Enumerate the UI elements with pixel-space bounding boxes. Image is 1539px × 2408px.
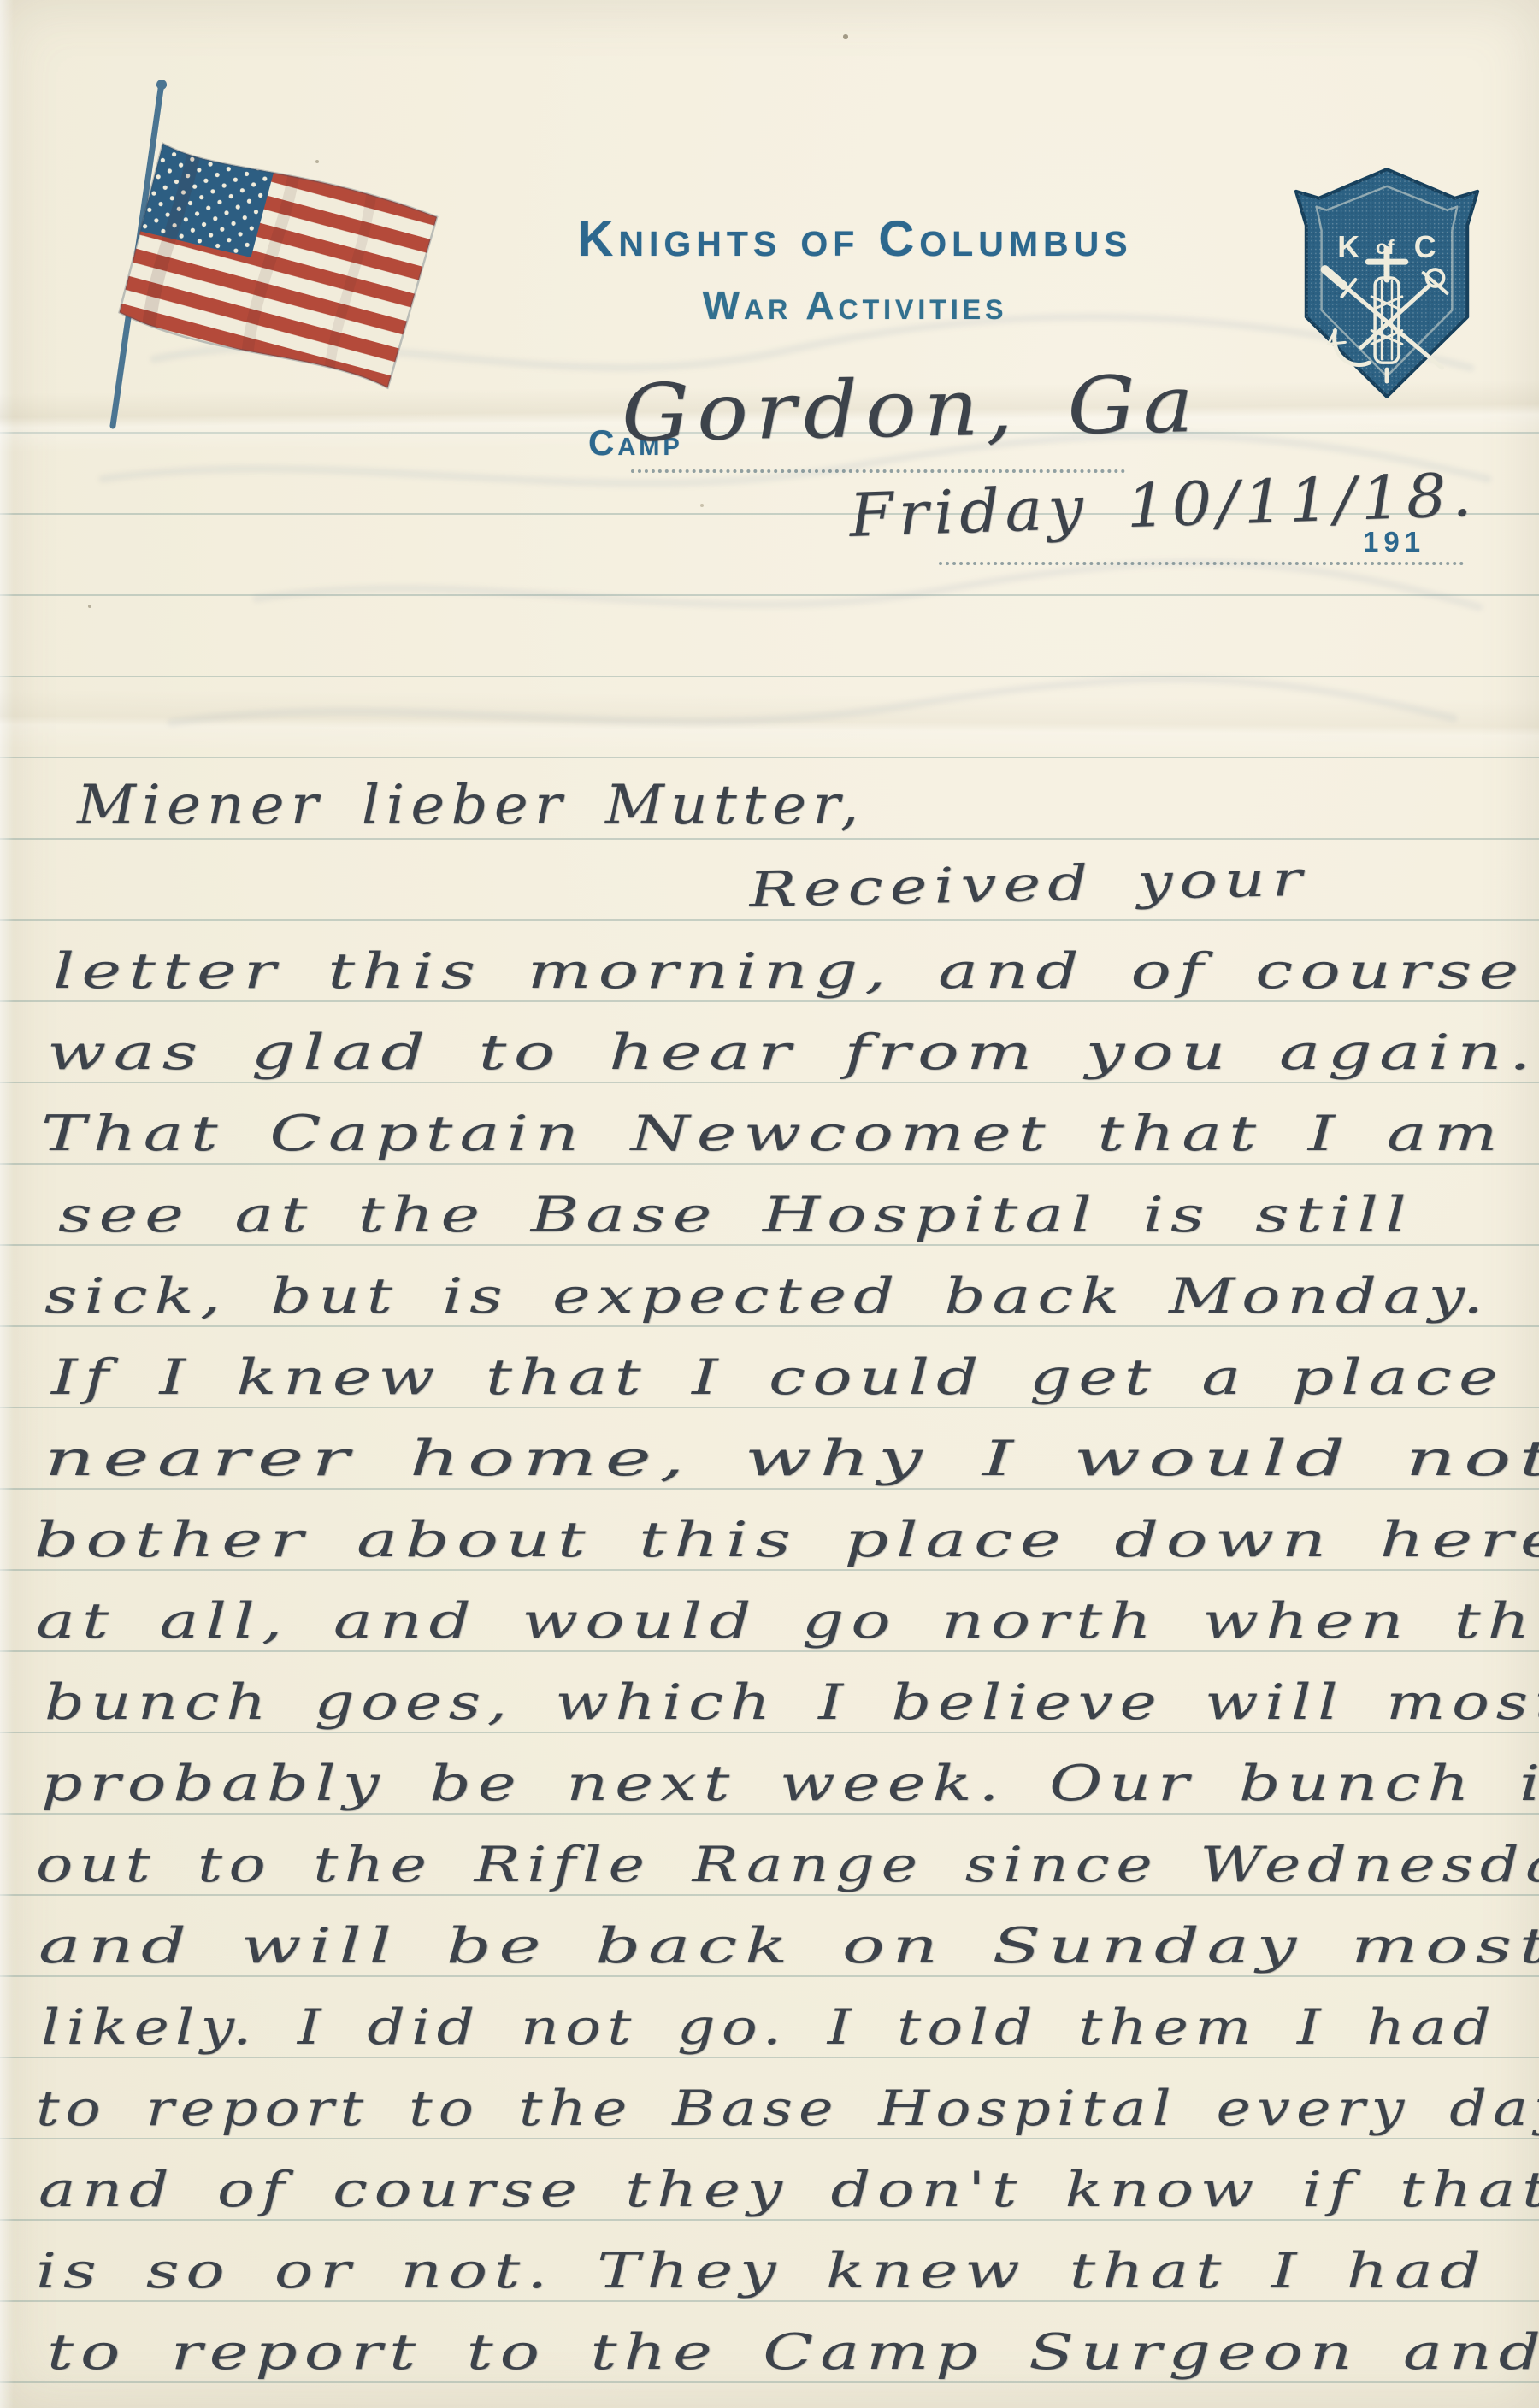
letter-line: letter this morning, and of course [53, 943, 1525, 1000]
letter-line: If I knew that I could get a place [51, 1349, 1505, 1406]
letter-line: to report to the Base Hospital every day [36, 2080, 1539, 2137]
letter-line: at all, and would go north when the [36, 1593, 1539, 1650]
letter-line: Received your [748, 851, 1310, 918]
letter-scan-page: K of C Knights of Columbus War Activ [0, 0, 1539, 2408]
letter-line: probably be next week. Our bunch is [41, 1756, 1539, 1812]
date-dotted-rule [939, 562, 1464, 565]
letter-line: to report to the Camp Surgeon and [47, 2324, 1539, 2381]
letter-line: nearer home, why I would not [44, 1431, 1539, 1487]
letter-salutation: Miener lieber Mutter, [77, 774, 864, 837]
paper-crease [0, 689, 1539, 760]
letter-line: was glad to hear from you again. [47, 1024, 1538, 1081]
letterhead-division: War Activities [513, 282, 1197, 328]
paper-specks [0, 0, 2, 2]
letter-line: That Captain Newcomet that I am to [41, 1106, 1539, 1162]
camp-value-handwriting: Gordon, Ga [621, 358, 1201, 459]
scan-edge [0, 0, 14, 2408]
letter-line: and of course they don't know if that [38, 2162, 1539, 2218]
letter-line: bunch goes, which I believe will most [44, 1674, 1539, 1731]
letter-line: is so or not. They knew that I had [36, 2243, 1488, 2299]
kofc-shield-icon: K of C [1281, 150, 1493, 405]
letter-line: out to the Rifle Range since Wednesday [36, 1837, 1539, 1893]
letter-line: see at the Base Hospital is still [58, 1187, 1413, 1243]
letter-line: and will be back on Sunday most [38, 1918, 1539, 1974]
us-flag-icon [85, 67, 462, 451]
letterhead-organization: Knights of Columbus [513, 210, 1197, 268]
letter-line: likely. I did not go. I told them I had [41, 1999, 1497, 2056]
letter-line: sick, but is expected back Monday. [44, 1268, 1490, 1325]
camp-dotted-rule [631, 469, 1125, 473]
letter-line: bother about this place down here [34, 1512, 1539, 1568]
